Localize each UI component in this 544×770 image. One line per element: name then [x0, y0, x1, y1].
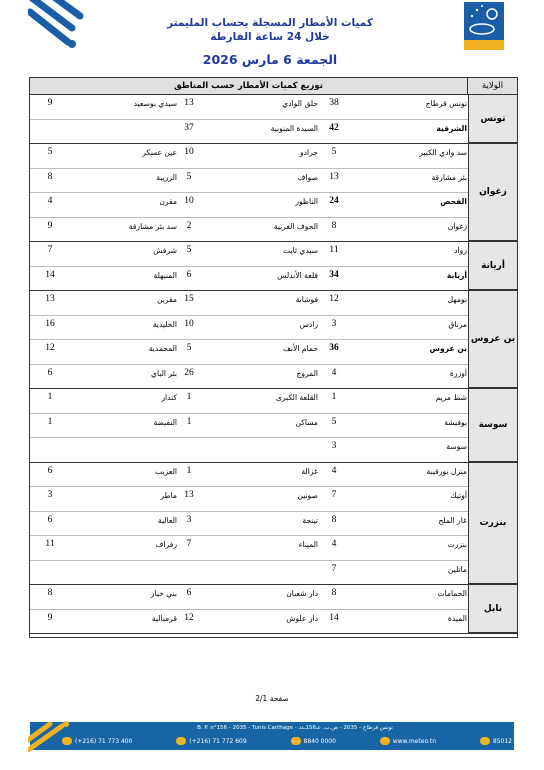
- station-name: رادس: [218, 320, 318, 329]
- page-number: صفحة 2/1: [0, 694, 544, 703]
- table-row: الميدة14دار علوش12قرمبالية9: [30, 610, 468, 635]
- station-name: الحمامات: [357, 589, 467, 598]
- station-name: شط مريم: [357, 393, 467, 402]
- station-name: الفحص: [357, 197, 467, 206]
- meteo-tunisia-logo: [464, 2, 504, 50]
- station-name: الميدة: [357, 614, 467, 623]
- station-name: سوسة: [357, 442, 467, 451]
- station-name: سد وادي الكبير: [357, 148, 467, 157]
- station-name: السيدة المنوبية: [218, 124, 318, 133]
- rainfall-value: 7: [320, 564, 348, 574]
- phone-icon: [62, 737, 72, 745]
- rainfall-value: 5: [320, 147, 348, 157]
- rainfall-value: 2: [175, 221, 203, 231]
- rainfall-value: 9: [36, 98, 64, 108]
- station-name: الناظور: [218, 197, 318, 206]
- table-row: بوفيشة5مساكن1النفيضة1: [30, 414, 468, 439]
- footer-contact-text[interactable]: www.meteo.tn: [393, 738, 436, 745]
- rainfall-value: 13: [320, 172, 348, 182]
- rainfall-value: 5: [175, 245, 203, 255]
- rainfall-value: 7: [175, 539, 203, 549]
- table-row: غار الملح8تينجة3العالية6: [30, 512, 468, 537]
- station-name: العزيب: [77, 467, 177, 476]
- station-name: سيدي ثابت: [218, 246, 318, 255]
- rainfall-value: 1: [320, 392, 348, 402]
- rainfall-value: 8: [36, 588, 64, 598]
- rainfall-value: 10: [175, 196, 203, 206]
- rainfall-value: 10: [175, 147, 203, 157]
- fax-icon: [176, 737, 186, 745]
- station-name: رفراف: [77, 540, 177, 549]
- station-name: صونين: [218, 491, 318, 500]
- rainfall-value: 4: [36, 196, 64, 206]
- station-name: أوتيك: [357, 491, 467, 500]
- rainfall-value: 34: [320, 270, 348, 280]
- table-row: شط مريم1القلعة الكبرى1كندار1: [30, 389, 468, 414]
- rainfall-value: 38: [320, 98, 348, 108]
- rainfall-value: 4: [320, 368, 348, 378]
- station-name: فوشانة: [218, 295, 318, 304]
- rainfall-value: 8: [320, 588, 348, 598]
- station-name: الميناء: [218, 540, 318, 549]
- footer-contact-text: 8840 0000: [304, 738, 336, 745]
- web-icon: [380, 737, 390, 745]
- station-name: القلعة الكبرى: [218, 393, 318, 402]
- station-name: النفيضة: [77, 418, 177, 427]
- station-name: سد بئر مشارقة: [77, 222, 177, 231]
- station-name: ماتلين: [357, 565, 467, 574]
- rainfall-value: 11: [320, 245, 348, 255]
- station-name: دار شعبان: [218, 589, 318, 598]
- rainfall-value: 8: [320, 221, 348, 231]
- station-name: كندار: [77, 393, 177, 402]
- rainfall-value: 14: [320, 613, 348, 623]
- rainfall-value: 12: [175, 613, 203, 623]
- sms-icon: [480, 737, 490, 745]
- rainfall-value: 15: [175, 294, 203, 304]
- station-name: رواد: [357, 246, 467, 255]
- table-row: الفحص24الناظور10مقرن4: [30, 193, 468, 218]
- institute-logo-stripes: [28, 0, 88, 50]
- station-name: المروج: [218, 369, 318, 378]
- rainfall-value: 12: [36, 343, 64, 353]
- table-row: تونس قرطاج38حلق الوادي13سيدي بوسعيد9: [30, 95, 468, 120]
- station-name: زغوان: [357, 222, 467, 231]
- rainfall-value: 1: [175, 417, 203, 427]
- station-name: بني خيار: [77, 589, 177, 598]
- station-name: أريانة: [357, 271, 467, 280]
- station-name: تونس قرطاج: [357, 99, 467, 108]
- rainfall-value: 5: [36, 147, 64, 157]
- station-name: الجوف الغربية: [218, 222, 318, 231]
- rainfall-value: 11: [36, 539, 64, 549]
- station-name: الخليدية: [77, 320, 177, 329]
- footer-contact: 8840 0000: [291, 737, 336, 745]
- rainfall-value: 5: [175, 172, 203, 182]
- region-name: بنزرت: [468, 463, 517, 586]
- station-name: قرمبالية: [77, 614, 177, 623]
- rainfall-value: 1: [175, 466, 203, 476]
- rainfall-value: 1: [36, 417, 64, 427]
- station-name: المنيهلة: [77, 271, 177, 280]
- station-name: مساكن: [218, 418, 318, 427]
- rainfall-value: 3: [320, 319, 348, 329]
- station-name: أوزرة: [357, 369, 467, 378]
- table-row: بئر مشارقة13صواف5الزريبة8: [30, 169, 468, 194]
- rainfall-value: 42: [320, 123, 348, 133]
- rainfall-value: 6: [175, 270, 203, 280]
- station-name: تينجة: [218, 516, 318, 525]
- footer-address: B. P. n°156 - 2035 - Tunis Carthage - تو…: [80, 725, 510, 731]
- table-header-distribution: توزيع كميات الأمطار حسب المناطق: [30, 78, 468, 95]
- rainfall-value: 3: [175, 515, 203, 525]
- table-row: رواد11سيدي ثابت5شرفش7: [30, 242, 468, 267]
- station-name: بئر مشارقة: [357, 173, 467, 182]
- table-row: بنزرت4الميناء7رفراف11: [30, 536, 468, 561]
- region-name: سوسة: [468, 389, 517, 463]
- rainfall-value: 7: [36, 245, 64, 255]
- rainfall-value: 37: [175, 123, 203, 133]
- station-name: بوفيشة: [357, 418, 467, 427]
- rainfall-value: 9: [36, 613, 64, 623]
- rainfall-value: 4: [320, 539, 348, 549]
- station-name: مرناق: [357, 320, 467, 329]
- rainfall-value: 3: [36, 490, 64, 500]
- report-subtitle: خلال 24 ساعة الفارطة: [120, 31, 420, 43]
- rainfall-value: 26: [175, 368, 203, 378]
- logo-gold-band: [464, 40, 504, 50]
- footer-contact-text: (+216) 71 773 400: [75, 738, 132, 745]
- region-name: زغوان: [468, 144, 517, 242]
- region-name: بن عروس: [468, 291, 517, 389]
- table-row: أريانة34قلعة الأندلس6المنيهلة14: [30, 267, 468, 292]
- table-row: مرناق3رادس10الخليدية16: [30, 316, 468, 341]
- region-name: أريانة: [468, 242, 517, 291]
- rainfall-value: 1: [175, 392, 203, 402]
- rainfall-value: 3: [320, 441, 348, 451]
- footer-contact: (+216) 71 773 400: [62, 737, 132, 745]
- rainfall-value: 14: [36, 270, 64, 280]
- rainfall-value: 10: [175, 319, 203, 329]
- table-row: الحمامات8دار شعبان6بني خيار8: [30, 585, 468, 610]
- footer-stripes-icon: [28, 716, 78, 752]
- footer-contact: (+216) 71 772 609: [176, 737, 246, 745]
- rainfall-value: 4: [320, 466, 348, 476]
- rainfall-value: 6: [36, 368, 64, 378]
- table-header-region: الولاية: [468, 78, 517, 95]
- rainfall-value: 6: [36, 466, 64, 476]
- rainfall-value: 6: [36, 515, 64, 525]
- rainfall-value: 8: [36, 172, 64, 182]
- rainfall-value: 13: [36, 294, 64, 304]
- station-name: حمام الأنف: [218, 344, 318, 353]
- station-name: بومهل: [357, 295, 467, 304]
- station-name: دار علوش: [218, 614, 318, 623]
- table-row: منزل بورقيبة4غزالة1العزيب6: [30, 463, 468, 488]
- table-row: بومهل12فوشانة15مقرين13: [30, 291, 468, 316]
- rainfall-value: 1: [36, 392, 64, 402]
- station-name: صواف: [218, 173, 318, 182]
- station-name: ماطر: [77, 491, 177, 500]
- station-name: قلعة الأندلس: [218, 271, 318, 280]
- footer-contact-text: (+216) 71 772 609: [189, 738, 246, 745]
- hotline-icon: [291, 737, 301, 745]
- rainfall-value: 13: [175, 98, 203, 108]
- region-name: نابل: [468, 585, 517, 634]
- station-name: مقرن: [77, 197, 177, 206]
- table-row: أوتيك7صونين13ماطر3: [30, 487, 468, 512]
- station-name: بن عروس: [357, 344, 467, 353]
- station-name: غزالة: [218, 467, 318, 476]
- rainfall-value: 5: [320, 417, 348, 427]
- station-name: عين عسكر: [77, 148, 177, 157]
- rainfall-value: 8: [320, 515, 348, 525]
- station-name: جرادو: [218, 148, 318, 157]
- station-name: منزل بورقيبة: [357, 467, 467, 476]
- rainfall-value: 16: [36, 319, 64, 329]
- footer-contact-text: 85012: [493, 738, 512, 745]
- report-date: الجمعة 6 مارس 2026: [120, 52, 420, 67]
- station-name: العالية: [77, 516, 177, 525]
- station-name: سيدي بوسعيد: [77, 99, 177, 108]
- report-title: كميات الأمطار المسجلة بحساب المليمتر: [120, 17, 420, 29]
- rainfall-value: 13: [175, 490, 203, 500]
- table-row: زغوان8الجوف الغربية2سد بئر مشارقة9: [30, 218, 468, 243]
- station-name: بئر الباي: [77, 369, 177, 378]
- footer-contact: 85012: [480, 737, 512, 745]
- station-name: مقرين: [77, 295, 177, 304]
- rainfall-value: 5: [175, 343, 203, 353]
- station-name: حلق الوادي: [218, 99, 318, 108]
- station-name: المحمدية: [77, 344, 177, 353]
- station-name: بنزرت: [357, 540, 467, 549]
- station-name: الزريبة: [77, 173, 177, 182]
- rainfall-value: 7: [320, 490, 348, 500]
- table-row: أوزرة4المروج26بئر الباي6: [30, 365, 468, 390]
- region-name: تونس: [468, 95, 517, 144]
- rainfall-value: 9: [36, 221, 64, 231]
- table-row: سد وادي الكبير5جرادو10عين عسكر5: [30, 144, 468, 169]
- rainfall-value: 24: [320, 196, 348, 206]
- station-name: غار الملح: [357, 516, 467, 525]
- station-name: شرفش: [77, 246, 177, 255]
- station-name: الشرقية: [357, 124, 467, 133]
- table-row: سوسة3: [30, 438, 468, 463]
- table-row: الشرقية42السيدة المنوبية37: [30, 120, 468, 145]
- rainfall-table: توزيع كميات الأمطار حسب المناطق الولاية …: [29, 77, 518, 638]
- footer-contacts: (+216) 71 773 400(+216) 71 772 6098840 0…: [62, 737, 512, 745]
- table-row: ماتلين7: [30, 561, 468, 586]
- rainfall-value: 36: [320, 343, 348, 353]
- rainfall-value: 6: [175, 588, 203, 598]
- footer-contact: www.meteo.tn: [380, 737, 436, 745]
- table-row: بن عروس36حمام الأنف5المحمدية12: [30, 340, 468, 365]
- sun-cloud-logo-icon: [464, 2, 504, 40]
- rainfall-value: 12: [320, 294, 348, 304]
